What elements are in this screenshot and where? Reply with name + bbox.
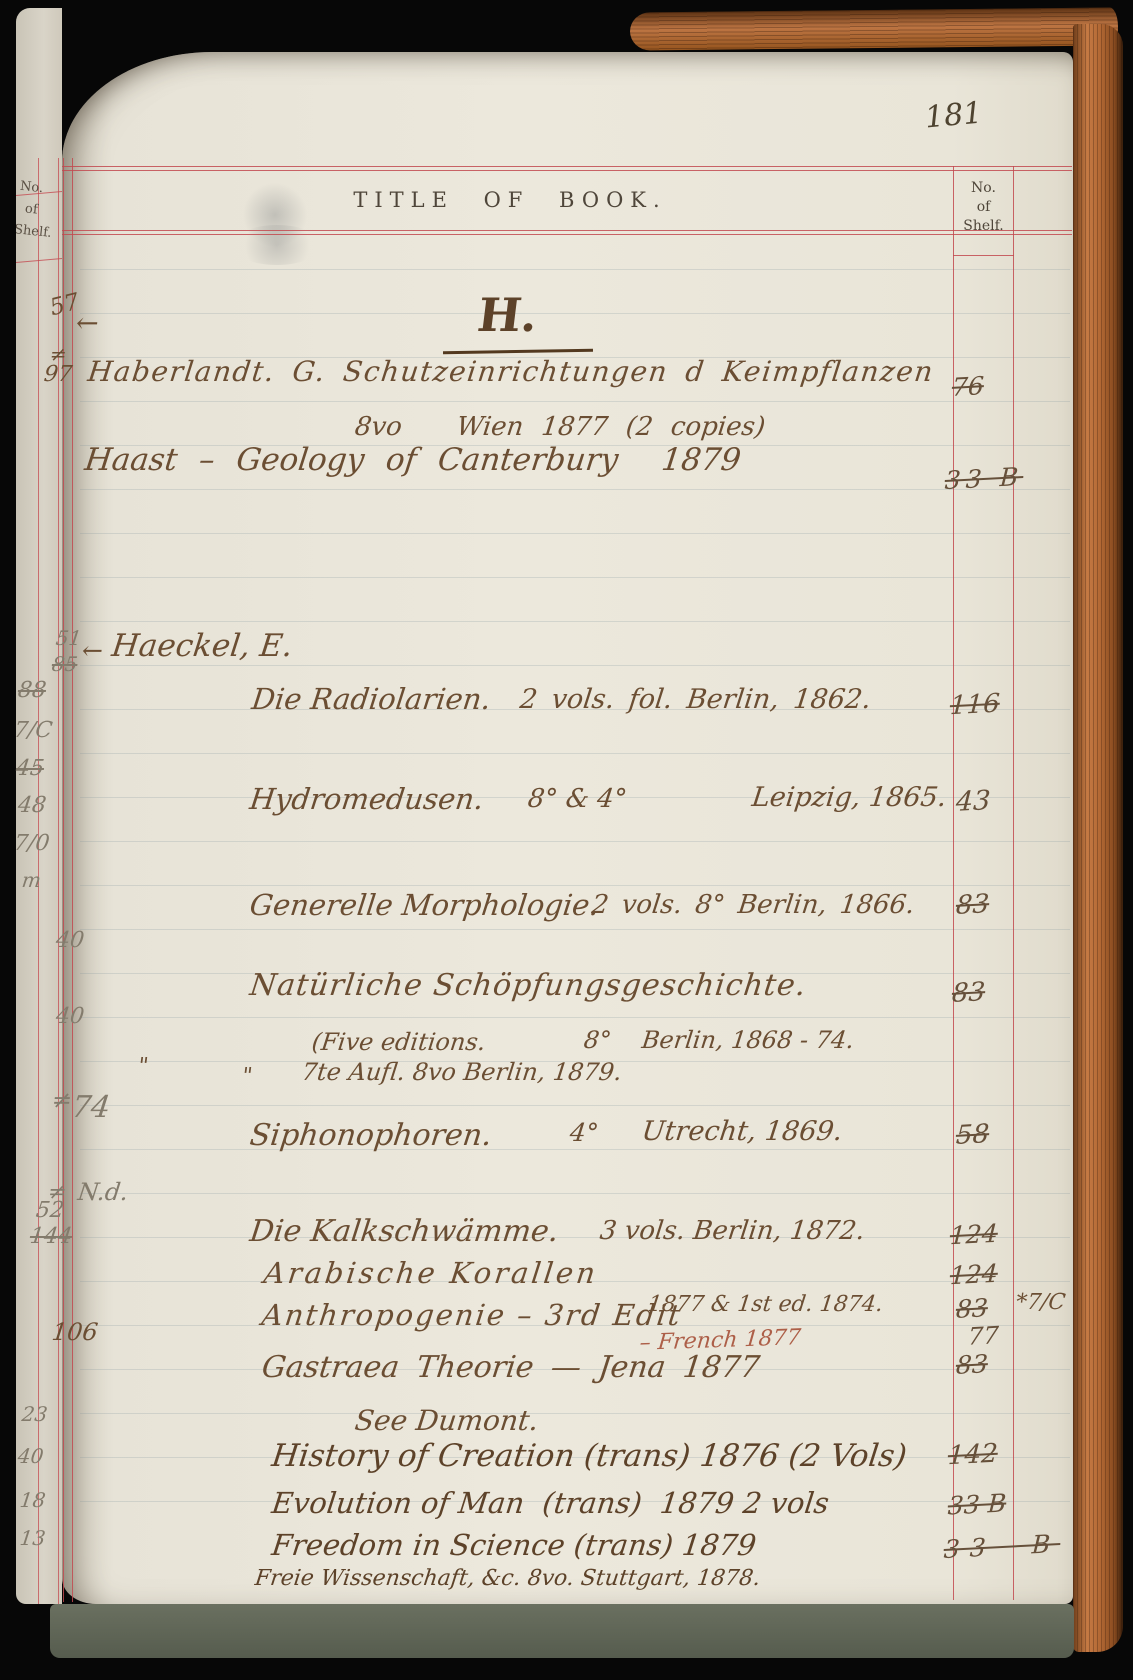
- margin-mark: 7/C: [12, 718, 53, 743]
- red-rule-horizontal: [62, 230, 1072, 231]
- entry-siphonophoren-format: 4°: [568, 1118, 600, 1147]
- entry-gastraea-title: Gastraea Theorie — Jena 1877: [260, 1350, 762, 1385]
- prev-shelf-header-no: No.: [19, 179, 44, 196]
- entry-anthropogenie-editions: 1877 & 1st ed. 1874.: [646, 1292, 884, 1317]
- entry-schoepfung-title: Natürliche Schöpfungsgeschichte.: [248, 968, 809, 1003]
- shelf-number: 43: [955, 785, 991, 818]
- entry-radiolarien-detail: 2 vols. fol. Berlin, 1862.: [518, 684, 873, 715]
- shelf-header-of: of: [953, 198, 1014, 217]
- entry-kalkschwaemme-detail: 3 vols. Berlin, 1872.: [598, 1216, 866, 1246]
- shelf-number: 124: [949, 1259, 998, 1290]
- entry-siphonophoren-title: Siphonophoren.: [248, 1118, 494, 1153]
- shelf-header-shelf: Shelf.: [953, 217, 1014, 236]
- entry-freedom-in-science: Freedom in Science (trans) 1879: [270, 1528, 758, 1562]
- margin-mark: 23: [21, 1402, 49, 1426]
- shelf-number: 142: [947, 1439, 998, 1472]
- entry-schoepfung-editions: (Five editions.: [310, 1028, 487, 1056]
- margin-mark: ≠: [50, 1086, 74, 1114]
- entry-see-dumont-crossref: See Dumont.: [353, 1404, 540, 1437]
- shelf-number: 83: [955, 1349, 988, 1380]
- margin-mark: 7/0: [12, 831, 50, 856]
- margin-mark: 40: [54, 1004, 85, 1029]
- section-letter: H.: [475, 288, 541, 342]
- entry-anthropogenie-title: Anthropogenie – 3rd Edit: [260, 1298, 684, 1332]
- entry-hydromedusen-title: Hydromedusen.: [248, 782, 486, 816]
- shelf-number: 124: [949, 1219, 998, 1250]
- red-rule-horizontal: [62, 170, 1072, 171]
- margin-mark: m: [21, 868, 43, 892]
- prev-shelf-header-of: of: [24, 201, 38, 217]
- book-fore-edge: [1073, 24, 1123, 1652]
- margin-mark: 88: [16, 678, 47, 703]
- red-rule-horizontal: [16, 258, 62, 264]
- shelf-number: 33 B: [947, 1488, 1007, 1520]
- page-number: 181: [924, 96, 984, 136]
- margin-mark: 85: [51, 652, 79, 676]
- red-rule-vertical: [1013, 166, 1014, 1600]
- margin-mark: 45: [14, 756, 45, 781]
- shelf-number: 58: [955, 1119, 990, 1151]
- margin-mark-shelf-note: *7/C: [1014, 1290, 1066, 1315]
- page-edge-streaks: [1073, 24, 1123, 1652]
- entry-haeckel-author: Haeckel, E.: [110, 628, 295, 664]
- entry-hydromedusen-place: Leipzig, 1865.: [750, 782, 948, 813]
- shelf-number: 33 B: [944, 462, 1024, 495]
- margin-mark: N.d.: [76, 1178, 130, 1206]
- red-rule-horizontal: [953, 255, 1014, 256]
- shelf-number-revised: 77: [967, 1321, 999, 1351]
- ledger-scan: No. of Shelf. 181 TITLE OF BOOK. No. of …: [0, 0, 1133, 1680]
- entry-schoepfung-editions-place: Berlin, 1868 - 74.: [640, 1026, 855, 1054]
- entry-haberlandt: Haberlandt. G. Schutzeinrichtungen d Kei…: [86, 355, 936, 388]
- title-of-book-header: TITLE OF BOOK.: [70, 188, 950, 212]
- entry-history-of-creation: History of Creation (trans) 1876 (2 Vols…: [270, 1438, 909, 1474]
- entry-schoepfung-editions-format: 8°: [582, 1026, 613, 1054]
- entry-siphonophoren-place: Utrecht, 1869.: [640, 1116, 844, 1147]
- entry-radiolarien-title: Die Radiolarien.: [250, 682, 493, 716]
- entry-korallen-title: Arabische Korallen: [262, 1256, 600, 1290]
- margin-mark: 74: [70, 1090, 112, 1125]
- prev-shelf-header-shelf: Shelf.: [16, 222, 52, 241]
- arrow-left-icon: ←: [80, 636, 105, 665]
- margin-mark: 40: [17, 1444, 45, 1468]
- margin-mark: 13: [19, 1526, 47, 1550]
- entry-haberlandt-imprint: 8vo Wien 1877 (2 copies): [353, 412, 767, 442]
- entry-evolution-of-man: Evolution of Man (trans) 1879 2 vols: [270, 1486, 831, 1520]
- margin-mark: 52: [34, 1198, 65, 1223]
- red-rule-horizontal: [62, 166, 1072, 167]
- shelf-number: 83: [955, 1293, 988, 1324]
- entry-morphologie-title: Generelle Morphologie.: [248, 888, 601, 922]
- book-head-edge: [630, 7, 1118, 50]
- shelf-column-header: No. of Shelf.: [953, 179, 1014, 236]
- entry-morphologie-detail: 2 vols. 8° Berlin, 1866.: [590, 890, 916, 920]
- margin-mark: 48: [16, 793, 47, 818]
- shelf-number: 76: [951, 371, 984, 402]
- shelf-number: 116: [949, 689, 1000, 722]
- shelf-number: 33 B: [943, 1529, 1061, 1564]
- red-rule-horizontal: [62, 234, 1072, 235]
- shelf-number: 83: [951, 977, 986, 1009]
- entry-kalkschwaemme-title: Die Kalkschwämme.: [248, 1214, 561, 1249]
- arrow-left-icon: ←: [74, 308, 100, 339]
- entry-freie-wissenschaft: Freie Wissenschaft, &c. 8vo. Stuttgart, …: [253, 1566, 761, 1591]
- shelf-number: 83: [955, 889, 990, 921]
- shelf-header-no: No.: [953, 179, 1014, 198]
- entry-haast: Haast – Geology of Canterbury 1879: [83, 442, 743, 478]
- red-rule-vertical: [72, 158, 73, 1602]
- entry-schoepfung-7te-aufl: 7te Aufl. 8vo Berlin, 1879.: [300, 1058, 623, 1086]
- page-edge-streaks: [630, 7, 1118, 50]
- margin-mark: 18: [19, 1488, 47, 1512]
- margin-mark: 106: [50, 1318, 99, 1346]
- margin-mark: 51: [55, 626, 83, 650]
- margin-mark: 40: [54, 928, 85, 953]
- margin-mark: 144: [28, 1224, 73, 1249]
- book-cradle: [50, 1604, 1074, 1658]
- margin-mark: 97: [42, 362, 73, 387]
- entry-hydromedusen-format: 8° & 4°: [526, 784, 628, 814]
